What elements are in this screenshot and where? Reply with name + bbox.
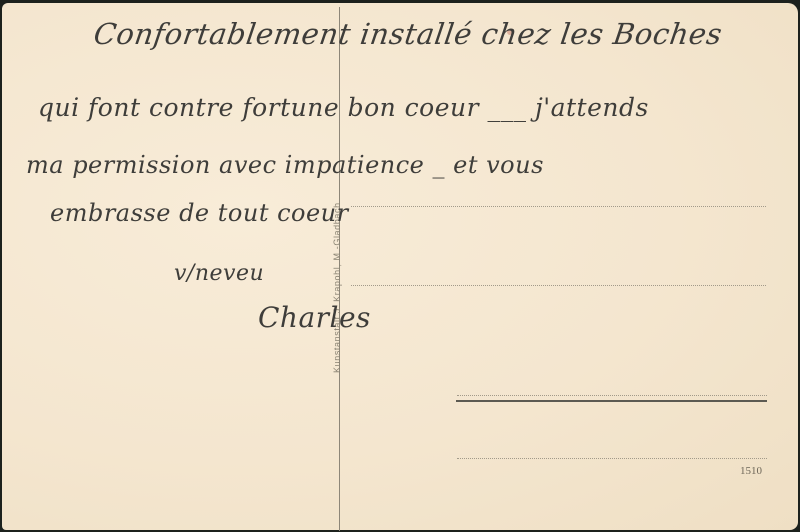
address-line-1 — [351, 206, 766, 207]
address-line-2 — [351, 285, 766, 286]
card-number: 1510 — [740, 465, 762, 477]
message-line-2: qui font contre fortune bon coeur ___ j'… — [38, 93, 649, 122]
message-line-1: Confortablement installé chez les Boches — [92, 17, 725, 51]
message-line-4: embrasse de tout coeur — [50, 199, 349, 227]
address-line-4 — [457, 458, 767, 459]
signature: Charles — [258, 301, 371, 334]
address-underline — [456, 400, 767, 402]
message-line-3: ma permission avec impatience _ et vous — [26, 151, 544, 179]
closing-text: v/neveu — [174, 261, 264, 286]
postcard-back: Kunstanstalt J. Krapohl, M.-Gladbach Con… — [2, 3, 798, 530]
publisher-imprint: Kunstanstalt J. Krapohl, M.-Gladbach — [332, 202, 342, 373]
address-line-3 — [457, 395, 767, 396]
